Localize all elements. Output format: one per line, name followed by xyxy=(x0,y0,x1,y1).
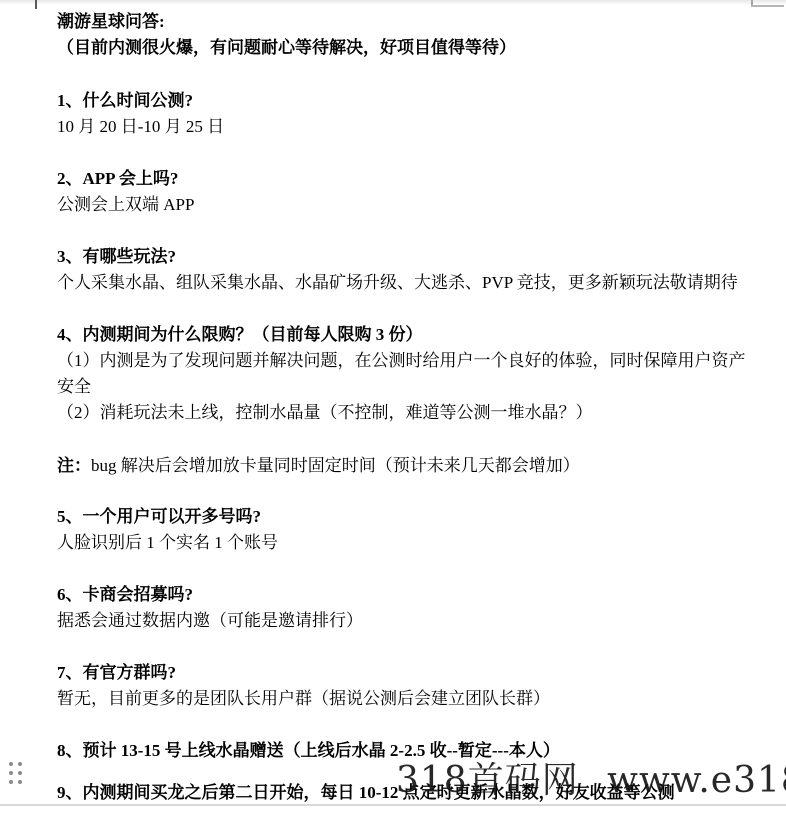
answer-4-part-1: （1）内测是为了发现问题并解决问题，在公测时给用户一个良好的体验，同时保障用户资… xyxy=(57,348,757,400)
drag-handle-icon[interactable] xyxy=(9,762,22,784)
top-shadow xyxy=(0,0,786,5)
document-body: 潮游星球问答: （目前内测很火爆，有问题耐心等待解决，好项目值得等待） 1、什么… xyxy=(57,9,757,806)
question-4: 4、内测期间为什么限购？（目前每人限购 3 份） xyxy=(57,322,757,348)
question-8: 8、预计 13-15 号上线水晶赠送（上线后水晶 2-2.5 收--暂定---本… xyxy=(57,738,757,764)
question-2: 2、APP 会上吗? xyxy=(57,166,757,192)
note-label: 注： xyxy=(57,456,91,475)
answer-2: 公测会上双端 APP xyxy=(57,192,757,218)
answer-5: 人脸识别后 1 个实名 1 个账号 xyxy=(57,530,757,556)
answer-3: 个人采集水晶、组队采集水晶、水晶矿场升级、大逃杀、PVP 竞技，更多新颖玩法敬请… xyxy=(57,270,757,296)
question-9: 9、内测期间买龙之后第二日开始，每日 10-12 点定时更新水晶数，好友收益等公… xyxy=(57,780,757,806)
doc-subtitle: （目前内测很火爆，有问题耐心等待解决，好项目值得等待） xyxy=(57,35,757,61)
question-7: 7、有官方群吗? xyxy=(57,660,757,686)
doc-title: 潮游星球问答: xyxy=(57,9,757,35)
answer-4-part-2: （2）消耗玩法未上线，控制水晶量（不控制，难道等公测一堆水晶？） xyxy=(57,400,757,426)
answer-1: 10 月 20 日-10 月 25 日 xyxy=(57,114,757,140)
document-page: 潮游星球问答: （目前内测很火爆，有问题耐心等待解决，好项目值得等待） 1、什么… xyxy=(0,0,786,815)
right-boundary-mark-horizontal xyxy=(751,5,784,7)
question-6: 6、卡商会招募吗? xyxy=(57,582,757,608)
bottom-divider xyxy=(0,804,786,806)
note-text: bug 解决后会增加放卡量同时固定时间（预计未来几天都会增加） xyxy=(91,456,580,475)
left-boundary-mark xyxy=(35,0,37,9)
note-line: 注：bug 解决后会增加放卡量同时固定时间（预计未来几天都会增加） xyxy=(57,453,757,479)
question-3: 3、有哪些玩法? xyxy=(57,244,757,270)
question-1: 1、什么时间公测? xyxy=(57,88,757,114)
answer-6: 据悉会通过数据内邀（可能是邀请排行） xyxy=(57,608,757,634)
answer-7: 暂无，目前更多的是团队长用户群（据说公测后会建立团队长群） xyxy=(57,686,757,712)
question-5: 5、一个用户可以开多号吗? xyxy=(57,504,757,530)
